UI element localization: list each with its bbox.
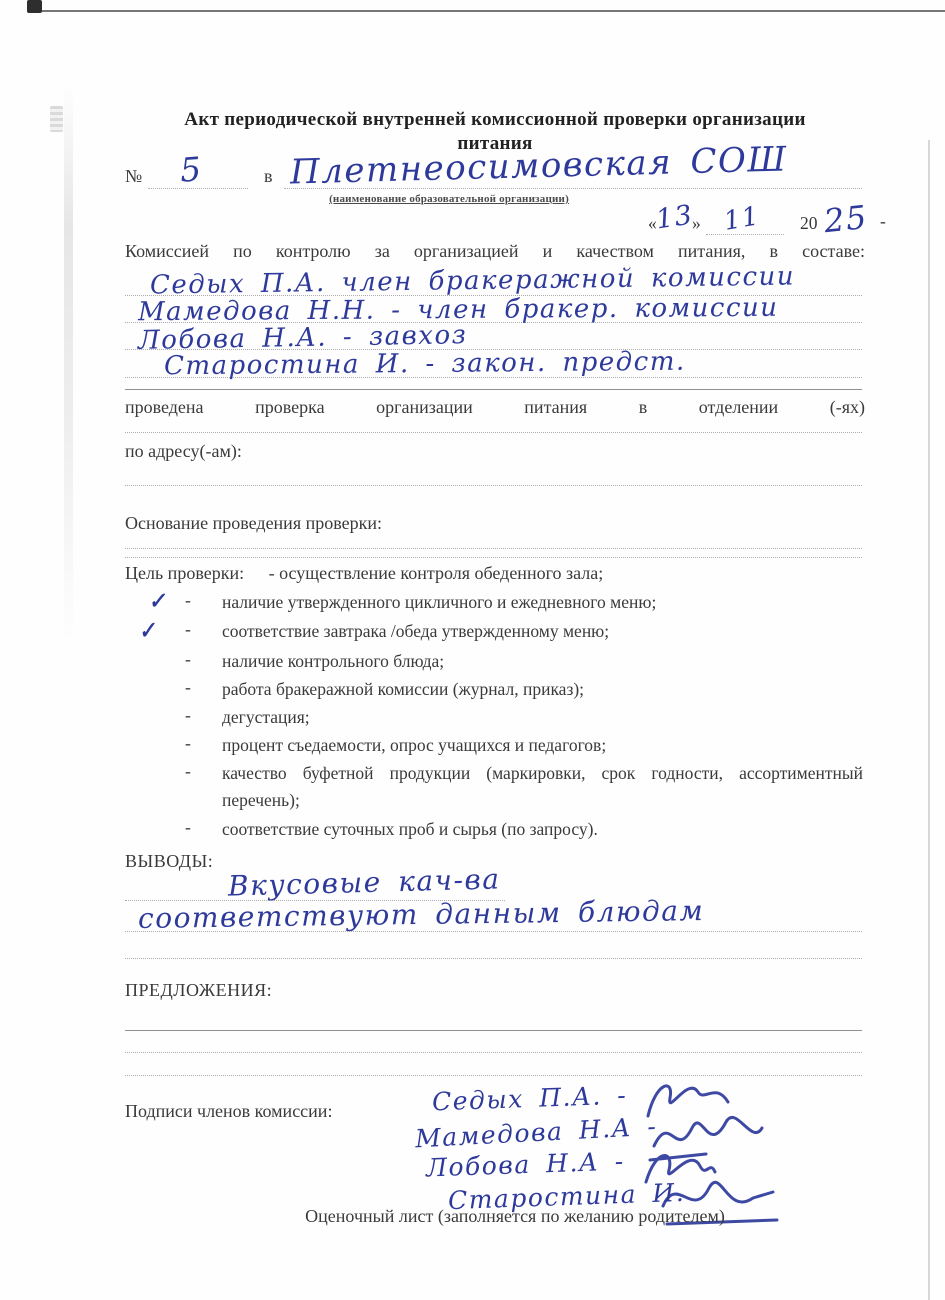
form-rule [125, 432, 862, 433]
signature-name-handwritten: Лобова Н.А - [426, 1147, 626, 1183]
purpose-label-row: Цель проверки: - осуществление контроля … [125, 562, 865, 584]
item-dash: - [185, 648, 222, 671]
purpose-item-row: ✓ - соответствие завтрака /обеда утвержд… [148, 618, 863, 645]
form-rule [125, 1075, 862, 1076]
signature-name-handwritten: Седых П.А. - [432, 1081, 628, 1117]
purpose-item-row: ✓ - наличие утвержденного цикличного и е… [148, 589, 863, 616]
purpose-item-text: соответствие завтрака /обеда утвержденно… [222, 618, 863, 645]
purpose-item-row: - соответствие суточных проб и сырья (по… [148, 816, 863, 843]
checkmark-icon [148, 814, 185, 818]
checkmark-icon [148, 646, 185, 650]
organization-caption: (наименование образовательной организаци… [284, 193, 614, 205]
date-month-blank-line [706, 234, 784, 235]
address-label: по адресу(-ам): [125, 440, 242, 462]
scan-artifact-right-edge-line [928, 140, 930, 1300]
scanned-document-page: Акт периодической внутренней комиссионно… [0, 0, 945, 1300]
conclusions-label: ВЫВОДЫ: [125, 851, 213, 872]
conducted-check-line: проведена проверка организации питания в… [125, 396, 865, 418]
scan-artifact-left-smudge [50, 106, 63, 132]
scan-artifact-top-left-blob [27, 0, 42, 13]
commission-member-handwritten: Старостина И. - закон. предст. [164, 347, 686, 382]
purpose-item-text: процент съедаемости, опрос учащихся и пе… [222, 732, 863, 759]
date-year-prefix: 20 [800, 212, 818, 234]
form-rule [125, 1052, 862, 1053]
purpose-item-row: - дегустация; [148, 704, 863, 731]
date-year-handwritten: 25 [822, 198, 869, 240]
conclusions-handwritten-line2: соответствуют данным блюдам [138, 894, 705, 935]
purpose-label: Цель проверки: [125, 563, 244, 583]
purpose-item-row: - наличие контрольного блюда; [148, 648, 863, 675]
form-rule [125, 389, 862, 390]
signatures-label: Подписи членов комиссии: [125, 1100, 332, 1122]
purpose-item-row: - качество буфетной продукции (маркировк… [148, 760, 863, 814]
item-dash: - [185, 816, 222, 839]
date-day-handwritten: 13 [654, 200, 695, 236]
scan-artifact-left-streak [64, 85, 73, 645]
preposition-v: в [264, 165, 273, 187]
form-rule [125, 557, 862, 558]
suggestions-label: ПРЕДЛОЖЕНИЯ: [125, 980, 272, 1001]
checkmark-icon: ✓ [147, 587, 186, 613]
form-rule [125, 485, 862, 486]
form-rule [125, 548, 862, 549]
footer-note: Оценочный лист (заполняется по желанию р… [125, 1205, 905, 1227]
form-rule [125, 1030, 862, 1031]
date-row: « 13 » 11 20 25 - [648, 204, 898, 240]
purpose-item-row: - работа бракеражной комиссии (журнал, п… [148, 676, 863, 703]
purpose-item-text: работа бракеражной комиссии (журнал, при… [222, 676, 863, 703]
number-sign: № [125, 165, 142, 187]
item-dash: - [185, 618, 222, 641]
date-month-handwritten: 11 [722, 201, 763, 237]
scan-artifact-top-edge-line [34, 10, 945, 12]
commission-intro: Комиссией по контролю за организацией и … [125, 240, 865, 262]
form-rule [125, 958, 862, 959]
item-dash: - [185, 760, 222, 783]
purpose-first-item: - осуществление контроля обеденного зала… [269, 563, 604, 583]
item-dash: - [185, 589, 222, 612]
purpose-item-text: дегустация; [222, 704, 863, 731]
act-number-handwritten: 5 [179, 149, 204, 189]
checkmark-icon: ✓ [136, 615, 176, 643]
date-close-quote: » [692, 212, 701, 234]
purpose-item-text: соответствие суточных проб и сырья (по з… [222, 816, 863, 843]
item-dash: - [185, 704, 222, 727]
item-dash: - [185, 732, 222, 755]
date-tail-mark: - [880, 210, 886, 232]
purpose-item-text: качество буфетной продукции (маркировки,… [222, 760, 863, 814]
purpose-item-text: наличие контрольного блюда; [222, 648, 863, 675]
form-rule [125, 931, 862, 932]
purpose-item-text: наличие утвержденного цикличного и ежедн… [222, 589, 863, 616]
purpose-item-row: - процент съедаемости, опрос учащихся и … [148, 732, 863, 759]
item-dash: - [185, 676, 222, 699]
document-title-line1: Акт периодической внутренней комиссионно… [125, 108, 865, 132]
basis-label: Основание проведения проверки: [125, 512, 382, 534]
